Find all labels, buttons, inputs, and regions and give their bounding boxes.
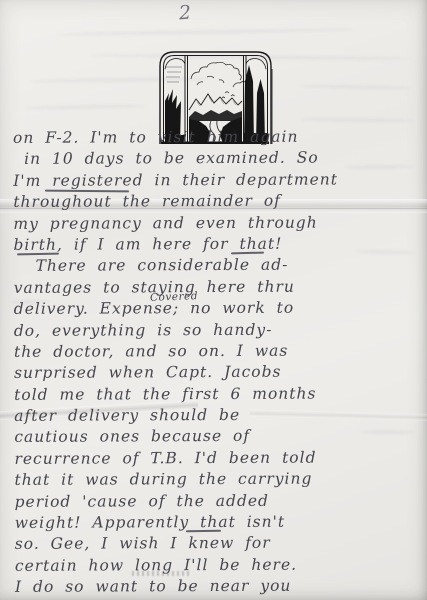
handwritten-line: period 'cause of the added — [15, 490, 420, 513]
handwritten-line: delivery. Expense; no work to — [14, 297, 419, 320]
interlinear-insertion: Covered — [150, 290, 198, 304]
handwritten-line: the doctor, and so on. I was — [14, 340, 419, 363]
handwritten-line: cautious ones because of — [14, 426, 419, 449]
handwritten-line: do, everything is so handy- — [14, 319, 419, 342]
bleedthrough-mark — [25, 104, 145, 111]
handwritten-line: There are considerable ad- — [14, 254, 419, 277]
handwritten-line: recurrence of T.B. I'd been told — [14, 447, 419, 470]
handwritten-line: surprised when Capt. Jacobs — [14, 361, 419, 384]
handwritten-line: told me that the first 6 months — [14, 383, 419, 406]
handwritten-line: birth, if I am here for that! — [13, 233, 418, 256]
handwritten-line: throughout the remainder of — [13, 190, 418, 213]
handwritten-line: certain how long I'll be here. — [15, 554, 420, 577]
handwritten-line: I'm registered in their department — [13, 169, 418, 192]
handwritten-line: my pregnancy and even through — [13, 212, 418, 235]
handwritten-line: vantages to staying here thru — [14, 276, 419, 299]
bleedthrough-mark — [300, 117, 415, 123]
handwritten-line: on F-2. I'm to visit him again — [13, 126, 418, 149]
handwritten-line: so. Gee, I wish I knew for — [15, 533, 420, 556]
bleedthrough-mark — [300, 84, 410, 90]
handwritten-line: after delivery should be — [14, 404, 419, 427]
faint-imprint — [132, 571, 192, 576]
scanned-letter-page: 2 on — [0, 0, 427, 600]
handwritten-line: I do so want to be near you — [15, 575, 420, 598]
letter-body: on F-2. I'm to visit him again in 10 day… — [13, 126, 420, 598]
handwritten-line: that it was during the carrying — [14, 468, 419, 491]
handwritten-line: in 10 days to be examined. So — [13, 148, 418, 171]
